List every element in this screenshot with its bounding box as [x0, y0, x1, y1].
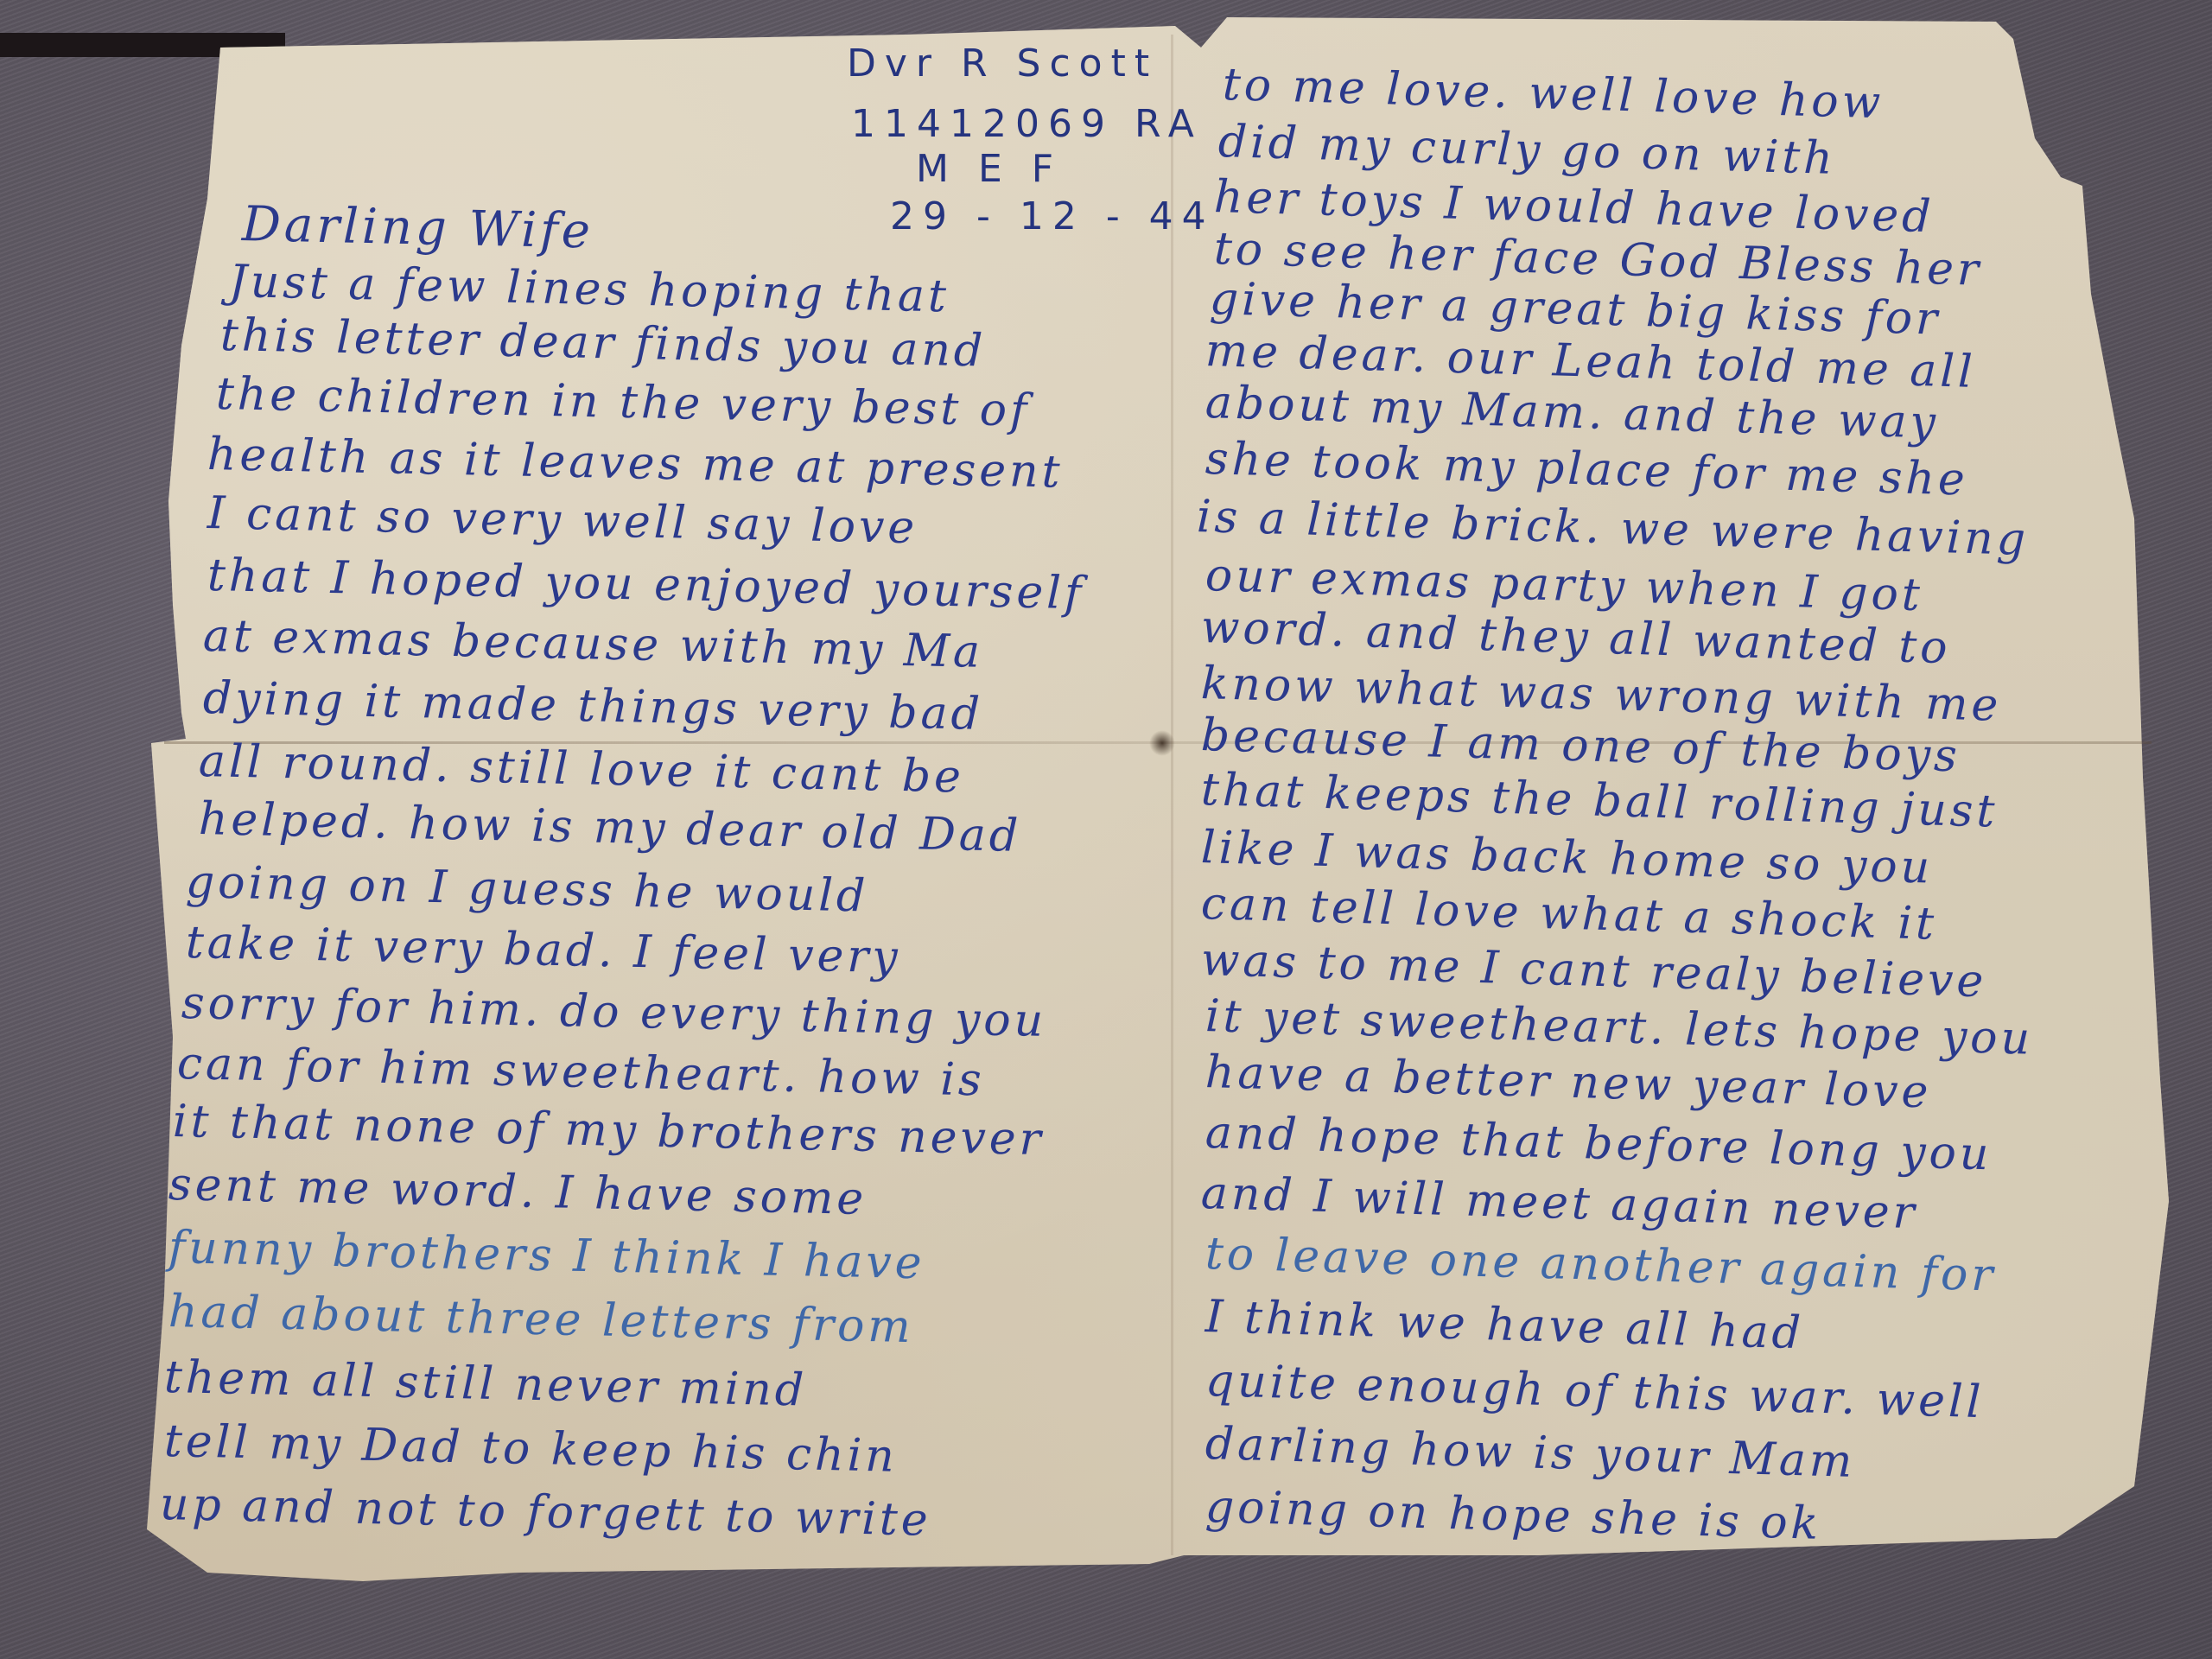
salutation: Darling Wife	[241, 200, 594, 257]
vertical-fold-crease	[1171, 35, 1173, 1555]
service-number: 11412069 RA	[851, 102, 1203, 146]
unit: M E F	[916, 147, 1062, 191]
text-line: going on I guess he would	[185, 860, 868, 919]
sender-name: Dvr R Scott	[847, 41, 1158, 86]
letter-date: 29 - 12 - 44	[890, 194, 1215, 238]
text-line: them all still never mind	[163, 1355, 807, 1414]
ink-stain	[1149, 730, 1175, 756]
